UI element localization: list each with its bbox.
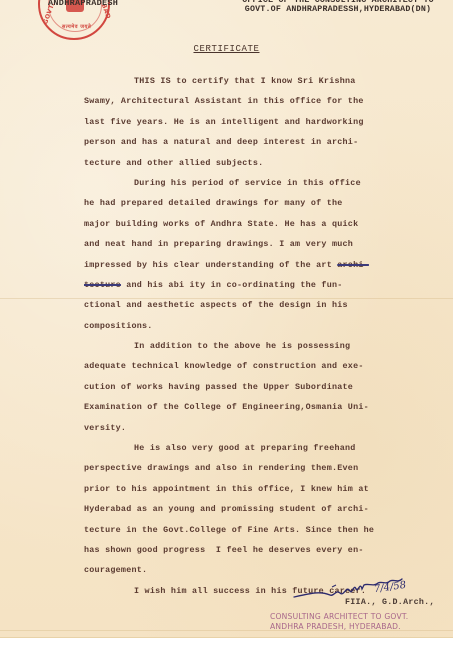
body-line: tecture in the Govt.College of Fine Arts… bbox=[84, 520, 384, 540]
signatory-qualifications: FIIA., G.D.Arch., bbox=[345, 598, 435, 607]
body-line: Hyderabad as an young and promissing stu… bbox=[84, 499, 384, 519]
body-line: Swamy, Architectural Assistant in this o… bbox=[84, 91, 384, 111]
body-text: and his abi ity in co-ordinating the fun… bbox=[126, 280, 342, 290]
stamp-line2: ANDHRA PRADESH, HYDERABAD. bbox=[270, 622, 408, 632]
struck-word: archi- bbox=[337, 260, 369, 270]
body-line: he had prepared detailed drawings for ma… bbox=[84, 193, 384, 213]
body-text: impressed by his clear understanding of … bbox=[84, 260, 337, 270]
body-line: In addition to the above he is possessin… bbox=[84, 336, 384, 356]
body-line: ctional and aesthetic aspects of the des… bbox=[84, 295, 384, 315]
body-line: last five years. He is an intelligent an… bbox=[84, 112, 384, 132]
letterhead-office-line2: GOVT.OF ANDHRAPRADESSH,HYDERABAD(DN) bbox=[238, 5, 438, 14]
body-line: He is also very good at preparing freeha… bbox=[84, 438, 384, 458]
body-line: THIS IS to certify that I know Sri Krish… bbox=[84, 71, 384, 91]
body-line: Examination of the College of Engineerin… bbox=[84, 397, 384, 417]
body-line: prior to his appointment in this office,… bbox=[84, 479, 384, 499]
body-line: versity. bbox=[84, 418, 384, 438]
document-title: CERTIFICATE bbox=[0, 44, 453, 54]
letterhead-state: ANDHRAPRADESH bbox=[48, 0, 118, 8]
body-line: During his period of service in this off… bbox=[84, 173, 384, 193]
office-stamp: CONSULTING ARCHITECT TO GOVT. ANDHRA PRA… bbox=[270, 612, 408, 632]
body-line: has shown good progress I feel he deserv… bbox=[84, 540, 384, 560]
body-line: compositions. bbox=[84, 316, 384, 336]
body-line: person and has a natural and deep intere… bbox=[84, 132, 384, 152]
body-line: tecture and other allied subjects. bbox=[84, 153, 384, 173]
body-line: tecture and his abi ity in co-ordinating… bbox=[84, 275, 384, 295]
body-line: and neat hand in preparing drawings. I a… bbox=[84, 234, 384, 254]
body-line: impressed by his clear understanding of … bbox=[84, 255, 384, 275]
body-line: cution of works having passed the Upper … bbox=[84, 377, 384, 397]
body-line: perspective drawings and also in renderi… bbox=[84, 458, 384, 478]
seal-motto: सत्यमेव जयते bbox=[62, 24, 91, 30]
body-line: major building works of Andhra State. He… bbox=[84, 214, 384, 234]
certificate-body: THIS IS to certify that I know Sri Krish… bbox=[84, 71, 384, 601]
body-line: adequate technical knowledge of construc… bbox=[84, 356, 384, 376]
stamp-line1: CONSULTING ARCHITECT TO GOVT. bbox=[270, 612, 408, 622]
struck-word: tecture bbox=[84, 280, 121, 290]
certificate-paper: GOVT. BAD सत्यमेव जयते ANDHRAPRADESH OFF… bbox=[0, 0, 453, 638]
letterhead-office: OFFICE OF THE CONSULTING ARCHITECT TO GO… bbox=[238, 0, 438, 14]
